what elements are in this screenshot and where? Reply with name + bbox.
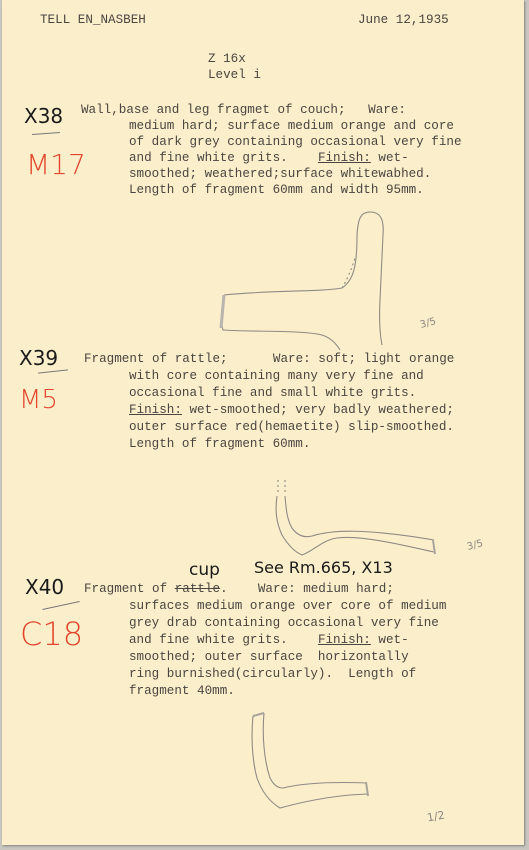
catalog-card: TELL EN_NASBEH June 12,1935 Z 16x Level … [2, 0, 524, 845]
cup-fragment-sketch [2, 0, 529, 850]
